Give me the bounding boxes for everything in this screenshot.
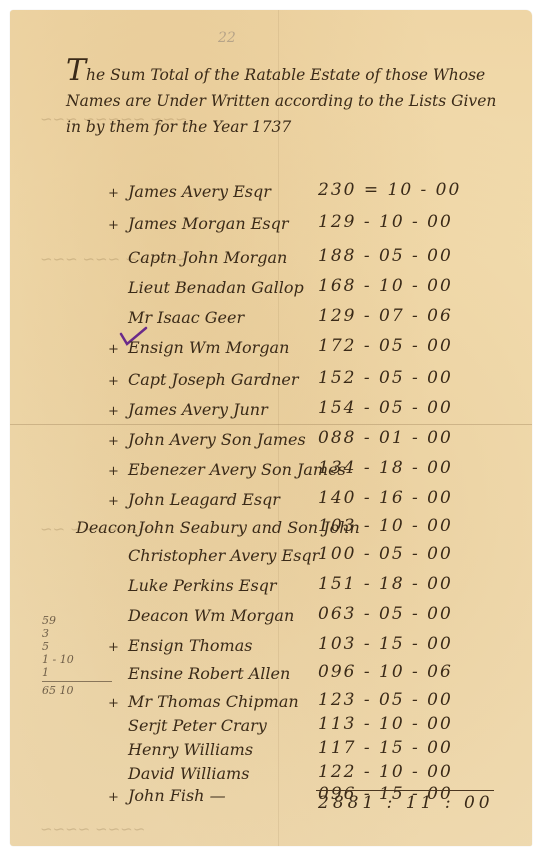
- total-rule: [316, 790, 494, 791]
- ledger-row: +Capt Joseph Gardner152 - 05 - 00: [0, 370, 540, 398]
- ledger-row: DeaconJohn Seabury and Son John103 - 10 …: [0, 518, 540, 546]
- row-mark: +: [108, 464, 119, 479]
- margin-calc-line: 59: [42, 614, 112, 627]
- row-mark: +: [108, 186, 119, 201]
- row-amount: 152 - 05 - 00: [318, 368, 453, 388]
- row-name: John Fish —: [128, 786, 226, 805]
- margin-calc-line: 3: [42, 627, 112, 640]
- row-mark: +: [108, 342, 119, 357]
- margin-calc-line: 1: [42, 666, 112, 679]
- row-amount: 172 - 05 - 00: [318, 336, 453, 356]
- row-amount: 188 - 05 - 00: [318, 246, 453, 266]
- row-mark: +: [108, 790, 119, 805]
- row-prefix: Deacon: [76, 518, 137, 537]
- row-name: Christopher Avery Esqr: [128, 546, 319, 565]
- row-name: James Avery Esqr: [128, 182, 271, 201]
- row-name: James Morgan Esqr: [128, 214, 289, 233]
- ledger-row: Christopher Avery Esqr100 - 05 - 00: [0, 546, 540, 574]
- ledger-row: +James Avery Junr154 - 05 - 00: [0, 400, 540, 428]
- margin-calc-line: 1 - 10: [42, 653, 112, 666]
- row-amount: 103 - 15 - 00: [318, 634, 453, 654]
- ledger-row: +Ensign Wm Morgan172 - 05 - 00: [0, 338, 540, 366]
- row-amount: 140 - 16 - 00: [318, 488, 453, 508]
- bleed-through-text: ~~~~ ~~~~: [40, 820, 145, 838]
- row-name: Mr Isaac Geer: [128, 308, 244, 327]
- row-mark: +: [108, 494, 119, 509]
- row-name: Mr Thomas Chipman: [128, 692, 299, 711]
- row-amount: 063 - 05 - 00: [318, 604, 453, 624]
- row-name: Ensign Wm Morgan: [128, 338, 289, 357]
- margin-calc-rule: [42, 681, 112, 682]
- row-amount: 230 = 10 - 00: [318, 180, 461, 200]
- row-amount: 088 - 01 - 00: [318, 428, 453, 448]
- row-name: Ensine Robert Allen: [128, 664, 290, 683]
- page-number: 22: [218, 30, 236, 46]
- row-amount: 129 - 10 - 00: [318, 212, 453, 232]
- row-mark: +: [108, 374, 119, 389]
- row-amount: 134 - 18 - 00: [318, 458, 453, 478]
- row-name: Capt Joseph Gardner: [128, 370, 299, 389]
- row-amount: 113 - 10 - 00: [318, 714, 453, 734]
- row-mark: +: [108, 218, 119, 233]
- row-name: James Avery Junr: [128, 400, 268, 419]
- ledger-row: +John Avery Son James088 - 01 - 00: [0, 430, 540, 458]
- heading-line-3: in by them for the Year 1737: [66, 114, 486, 140]
- margin-calc-line: 5: [42, 640, 112, 653]
- row-amount: 122 - 10 - 00: [318, 762, 453, 782]
- row-amount: 129 - 07 - 06: [318, 306, 453, 326]
- row-amount: 117 - 15 - 00: [318, 738, 453, 758]
- row-name: John Avery Son James: [128, 430, 306, 449]
- row-mark: +: [108, 434, 119, 449]
- ledger-row: Lieut Benadan Gallop168 - 10 - 00: [0, 278, 540, 306]
- ledger-row: +John Leagard Esqr140 - 16 - 00: [0, 490, 540, 518]
- ledger-row: ✓Mr Isaac Geer129 - 07 - 06: [0, 308, 540, 336]
- row-name: Captn John Morgan: [128, 248, 287, 267]
- ledger-row: +Ebenezer Avery Son James134 - 18 - 00: [0, 460, 540, 488]
- sum-total: 2881 : 11 : 00: [318, 793, 494, 813]
- row-mark: +: [108, 696, 119, 711]
- ledger-row: Captn John Morgan188 - 05 - 00: [0, 248, 540, 276]
- row-mark: +: [108, 404, 119, 419]
- row-amount: 096 - 10 - 06: [318, 662, 453, 682]
- row-amount: 123 - 05 - 00: [318, 690, 453, 710]
- row-name: John Leagard Esqr: [128, 490, 280, 509]
- heading-line-1: The Sum Total of the Ratable Estate of t…: [66, 58, 486, 88]
- ledger-row: +James Avery Esqr230 = 10 - 00: [0, 182, 540, 210]
- heading-line-2: Names are Under Written according to the…: [66, 88, 486, 114]
- row-amount: 154 - 05 - 00: [318, 398, 453, 418]
- row-name: Henry Williams: [128, 740, 253, 759]
- row-amount: 103 - 10 - 00: [318, 516, 453, 536]
- row-name: Deacon Wm Morgan: [128, 606, 294, 625]
- ledger-row: Luke Perkins Esqr151 - 18 - 00: [0, 576, 540, 604]
- margin-calc-line: 65 10: [42, 684, 112, 697]
- ledger-row: +James Morgan Esqr129 - 10 - 00: [0, 214, 540, 242]
- row-name: Lieut Benadan Gallop: [128, 278, 304, 297]
- row-name: David Williams: [128, 764, 249, 783]
- margin-calculation: 59 3 5 1 - 10 1 65 10: [42, 614, 112, 697]
- row-amount: 100 - 05 - 00: [318, 544, 453, 564]
- document-heading: The Sum Total of the Ratable Estate of t…: [66, 58, 486, 140]
- row-name: Serjt Peter Crary: [128, 716, 267, 735]
- row-name: Ebenezer Avery Son James: [128, 460, 346, 479]
- row-amount: 168 - 10 - 00: [318, 276, 453, 296]
- row-amount: 151 - 18 - 00: [318, 574, 453, 594]
- row-name: Ensign Thomas: [128, 636, 252, 655]
- row-name: Luke Perkins Esqr: [128, 576, 277, 595]
